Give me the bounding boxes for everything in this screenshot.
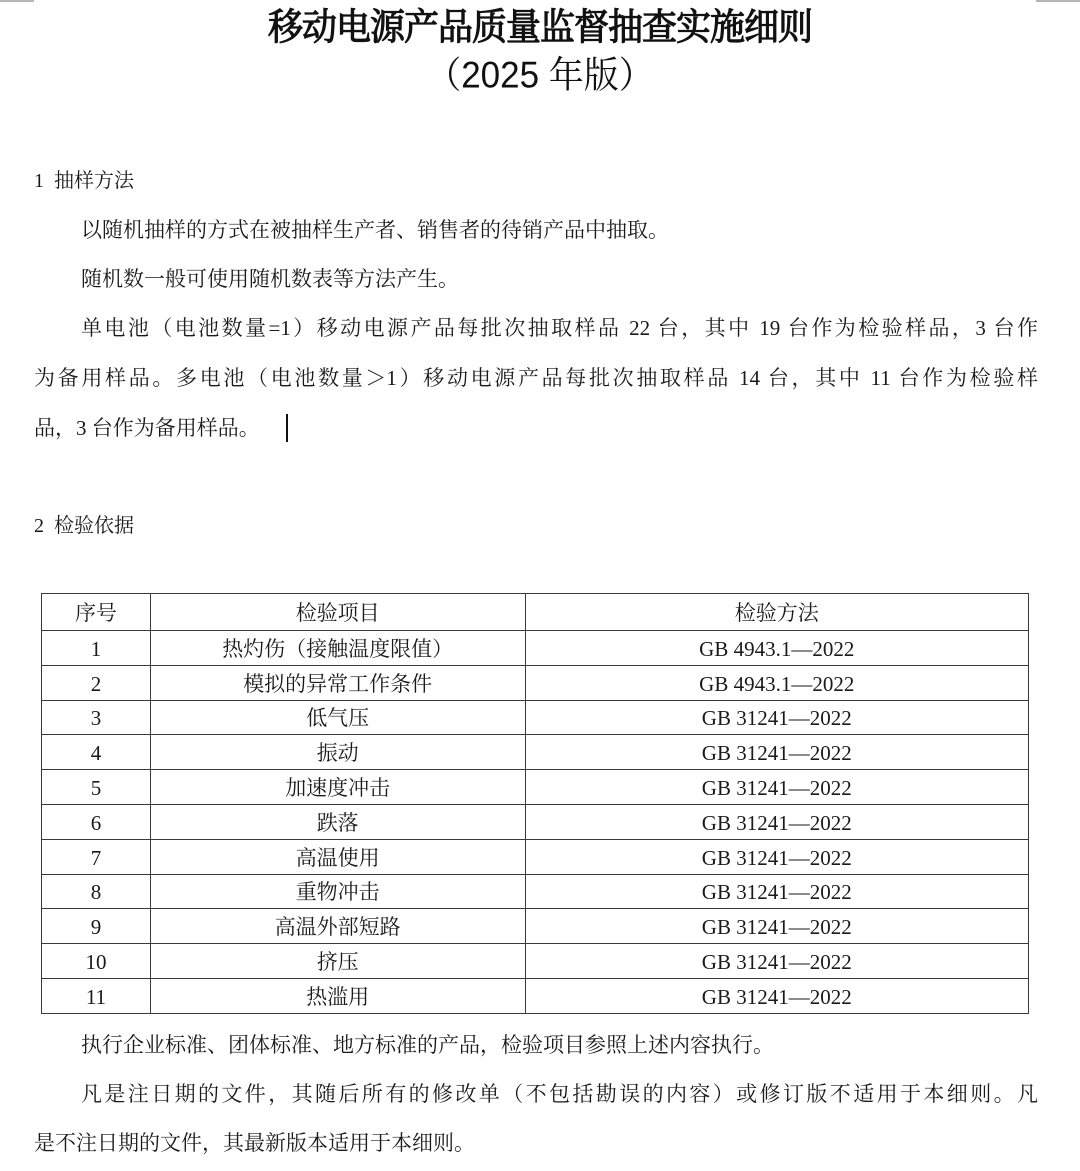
cell-no: 1 xyxy=(42,631,151,666)
note-line: 凡是注日期的文件，其随后所有的修改单（不包括勘误的内容）或修订版不适用于本细则。… xyxy=(81,1079,1038,1109)
table-row: 10挤压GB 31241—2022 xyxy=(42,944,1029,979)
table-row: 3低气压GB 31241—2022 xyxy=(42,700,1029,735)
table-row: 8重物冲击GB 31241—2022 xyxy=(42,874,1029,909)
table-row: 6跌落GB 31241—2022 xyxy=(42,804,1029,839)
table-header-row: 序号 检验项目 检验方法 xyxy=(42,594,1029,631)
text-cursor[interactable] xyxy=(286,414,288,442)
cell-item: 挤压 xyxy=(150,944,525,979)
cell-item: 跌落 xyxy=(150,804,525,839)
cell-method: GB 31241—2022 xyxy=(525,804,1029,839)
cell-method: GB 31241—2022 xyxy=(525,770,1029,805)
section-title: 抽样方法 xyxy=(54,168,134,192)
document-subtitle: （2025 年版） xyxy=(0,51,1080,101)
header-serial-no: 序号 xyxy=(42,594,151,631)
cell-method: GB 4943.1—2022 xyxy=(525,631,1029,666)
cell-no: 7 xyxy=(42,839,151,874)
cell-item: 热灼伤（接触温度限值） xyxy=(150,631,525,666)
note-line: 执行企业标准、团体标准、地方标准的产品，检验项目参照上述内容执行。 xyxy=(81,1030,1038,1060)
cell-method: GB 4943.1—2022 xyxy=(525,665,1029,700)
cell-method: GB 31241—2022 xyxy=(525,839,1029,874)
cell-item: 热滥用 xyxy=(150,978,525,1013)
section-number: 1 xyxy=(34,170,44,192)
cell-item: 低气压 xyxy=(150,700,525,735)
table-row: 4振动GB 31241—2022 xyxy=(42,735,1029,770)
inspection-table: 序号 检验项目 检验方法 1热灼伤（接触温度限值）GB 4943.1—2022 … xyxy=(41,593,1029,1014)
section-heading-sampling: 1抽样方法 xyxy=(34,166,134,195)
table-row: 5加速度冲击GB 31241—2022 xyxy=(42,770,1029,805)
table-row: 11热滥用GB 31241—2022 xyxy=(42,978,1029,1013)
cell-no: 9 xyxy=(42,909,151,944)
table-row: 7高温使用GB 31241—2022 xyxy=(42,839,1029,874)
paragraph-line: 为备用样品。多电池（电池数量＞1）移动电源产品每批次抽取样品 14 台，其中 1… xyxy=(34,363,1038,393)
cell-no: 10 xyxy=(42,944,151,979)
table-row: 2模拟的异常工作条件GB 4943.1—2022 xyxy=(42,665,1029,700)
cell-no: 11 xyxy=(42,978,151,1013)
cell-no: 4 xyxy=(42,735,151,770)
cell-item: 模拟的异常工作条件 xyxy=(150,665,525,700)
cell-no: 6 xyxy=(42,804,151,839)
paragraph-line: 品，3 台作为备用样品。 xyxy=(34,413,1038,443)
paragraph-line: 随机数一般可使用随机数表等方法产生。 xyxy=(81,264,1038,294)
page-edge-marker-right xyxy=(1036,0,1080,2)
paragraph-line: 以随机抽样的方式在被抽样生产者、销售者的待销产品中抽取。 xyxy=(81,215,1038,245)
cell-no: 2 xyxy=(42,665,151,700)
cell-item: 加速度冲击 xyxy=(150,770,525,805)
cell-item: 高温外部短路 xyxy=(150,909,525,944)
cell-no: 3 xyxy=(42,700,151,735)
cell-item: 振动 xyxy=(150,735,525,770)
cell-no: 8 xyxy=(42,874,151,909)
header-inspection-method: 检验方法 xyxy=(525,594,1029,631)
section-heading-basis: 2检验依据 xyxy=(34,511,134,540)
cell-method: GB 31241—2022 xyxy=(525,909,1029,944)
cell-method: GB 31241—2022 xyxy=(525,978,1029,1013)
table-row: 1热灼伤（接触温度限值）GB 4943.1—2022 xyxy=(42,631,1029,666)
cell-item: 高温使用 xyxy=(150,839,525,874)
cell-no: 5 xyxy=(42,770,151,805)
cell-method: GB 31241—2022 xyxy=(525,944,1029,979)
cell-method: GB 31241—2022 xyxy=(525,735,1029,770)
cell-item: 重物冲击 xyxy=(150,874,525,909)
table-row: 9高温外部短路GB 31241—2022 xyxy=(42,909,1029,944)
note-line: 是不注日期的文件，其最新版本适用于本细则。 xyxy=(34,1128,1038,1158)
cell-method: GB 31241—2022 xyxy=(525,700,1029,735)
cell-method: GB 31241—2022 xyxy=(525,874,1029,909)
section-number: 2 xyxy=(34,515,44,537)
page-edge-marker-left xyxy=(0,0,34,2)
section-title: 检验依据 xyxy=(54,513,134,537)
paragraph-line: 单电池（电池数量=1）移动电源产品每批次抽取样品 22 台，其中 19 台作为检… xyxy=(81,313,1038,343)
header-inspection-item: 检验项目 xyxy=(150,594,525,631)
document-title: 移动电源产品质量监督抽查实施细则 xyxy=(0,3,1080,53)
